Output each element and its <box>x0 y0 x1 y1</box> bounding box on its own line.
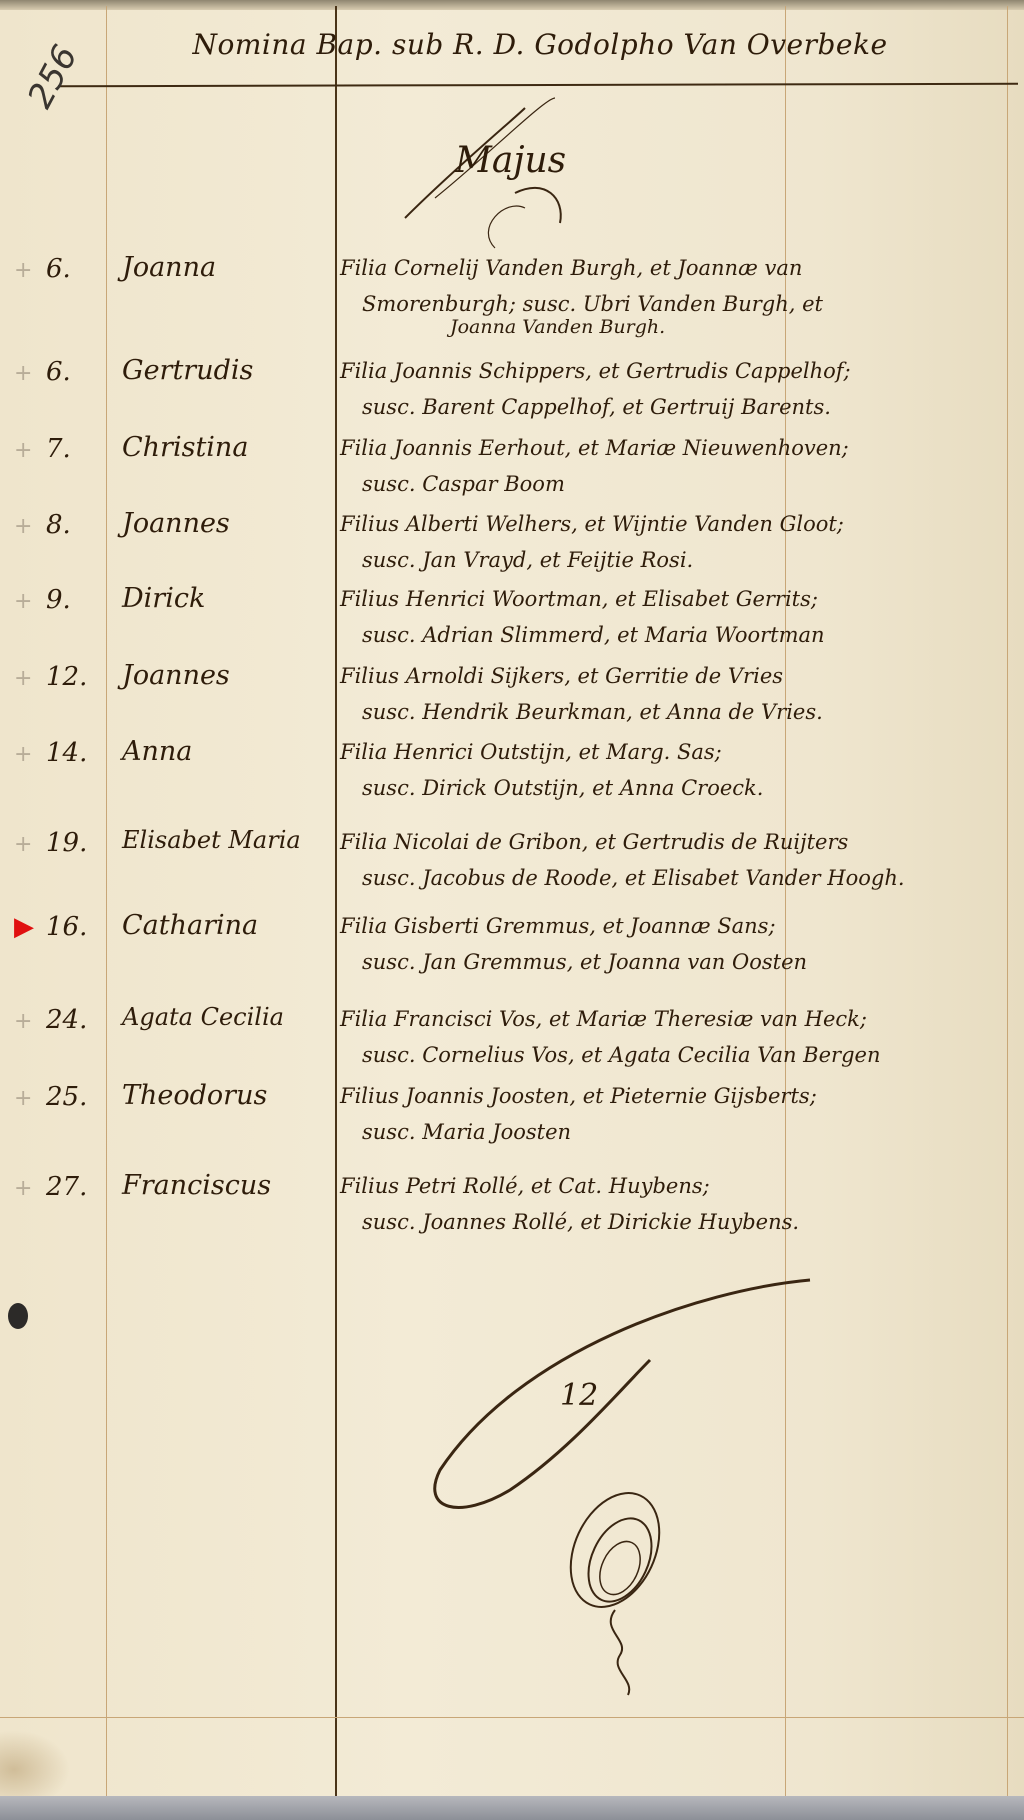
parents-line: Filia Nicolai de Gribon, et Gertrudis de… <box>340 830 848 854</box>
cross-icon: + <box>14 438 32 463</box>
cross-icon: + <box>14 832 32 857</box>
margin-rule-day <box>106 6 107 1796</box>
child-name: Joannes <box>122 508 332 539</box>
parents-line: Filius Arnoldi Sijkers, et Gerritie de V… <box>340 664 783 688</box>
sponsors-line-continued: Joanna Vanden Burgh. <box>450 316 665 338</box>
parents-line: Filius Petri Rollé, et Cat. Huybens; <box>340 1174 710 1198</box>
parents-line: Filia Francisci Vos, et Mariæ Theresiæ v… <box>340 1007 867 1031</box>
bookmark-arrow-icon: ▶ <box>14 912 34 942</box>
entry-day: 14. <box>46 738 87 768</box>
parents-line: Filia Gisberti Gremmus, et Joannæ Sans; <box>340 914 776 938</box>
entry-day: 8. <box>46 510 71 540</box>
cross-icon: + <box>14 742 32 767</box>
column-rule-name <box>335 6 337 1796</box>
child-name: Elisabet Maria <box>122 826 332 854</box>
child-name: Catharina <box>122 910 332 941</box>
cross-icon: + <box>14 1086 32 1111</box>
cross-icon: + <box>14 258 32 283</box>
sponsors-line: susc. Barent Cappelhof, et Gertruij Bare… <box>362 395 831 419</box>
entry-day: 6. <box>46 357 71 387</box>
sponsors-line: susc. Caspar Boom <box>362 472 565 496</box>
child-name: Dirick <box>122 583 332 614</box>
water-stain <box>0 1730 70 1796</box>
entry-day: 16. <box>46 912 87 942</box>
child-name: Joanna <box>122 252 332 283</box>
column-rule-right <box>1007 6 1008 1796</box>
bottom-rule <box>0 1717 1024 1718</box>
sponsors-line: susc. Adrian Slimmerd, et Maria Woortman <box>362 623 825 647</box>
parents-line: Filius Alberti Welhers, et Wijntie Vande… <box>340 512 844 536</box>
child-name: Gertrudis <box>122 355 332 386</box>
sponsors-line: susc. Jan Gremmus, et Joanna van Oosten <box>362 950 807 974</box>
entry-day: 9. <box>46 585 71 615</box>
cross-icon: + <box>14 589 32 614</box>
sponsors-line: Smorenburgh; susc. Ubri Vanden Burgh, et <box>362 292 823 316</box>
sponsors-line: susc. Dirick Outstijn, et Anna Croeck. <box>362 776 763 800</box>
entry-day: 19. <box>46 828 87 858</box>
sponsors-line: susc. Jan Vrayd, et Feijtie Rosi. <box>362 548 693 572</box>
sponsors-line: susc. Jacobus de Roode, et Elisabet Vand… <box>362 866 905 890</box>
parents-line: Filia Joannis Eerhout, et Mariæ Nieuwenh… <box>340 436 849 460</box>
page-header: Nomina Bap. sub R. D. Godolpho Van Overb… <box>100 28 980 61</box>
scanner-bed-edge <box>0 1796 1024 1820</box>
page-top-edge <box>0 0 1024 10</box>
entry-day: 24. <box>46 1005 87 1035</box>
parents-line: Filius Joannis Joosten, et Pieternie Gij… <box>340 1084 817 1108</box>
cross-icon: + <box>14 666 32 691</box>
entry-day: 25. <box>46 1082 87 1112</box>
entry-day: 7. <box>46 434 71 464</box>
parents-line: Filius Henrici Woortman, et Elisabet Ger… <box>340 587 818 611</box>
child-name: Agata Cecilia <box>122 1003 332 1031</box>
child-name: Joannes <box>122 660 332 691</box>
sponsors-line: susc. Hendrik Beurkman, et Anna de Vries… <box>362 700 823 724</box>
parents-line: Filia Joannis Schippers, et Gertrudis Ca… <box>340 359 851 383</box>
entry-day: 6. <box>46 254 71 284</box>
entry-day: 27. <box>46 1172 87 1202</box>
ink-blot <box>8 1303 28 1329</box>
sponsors-line: susc. Joannes Rollé, et Dirickie Huybens… <box>362 1210 799 1234</box>
sponsors-line: susc. Maria Joosten <box>362 1120 571 1144</box>
cross-icon: + <box>14 361 32 386</box>
parents-line: Filia Cornelij Vanden Burgh, et Joannæ v… <box>340 256 802 280</box>
child-name: Anna <box>122 736 332 767</box>
entry-count: 12 <box>560 1378 598 1413</box>
cross-icon: + <box>14 514 32 539</box>
month-heading: Majus <box>455 140 566 181</box>
parents-line: Filia Henrici Outstijn, et Marg. Sas; <box>340 740 722 764</box>
cross-icon: + <box>14 1009 32 1034</box>
sponsors-line: susc. Cornelius Vos, et Agata Cecilia Va… <box>362 1043 880 1067</box>
entry-day: 12. <box>46 662 87 692</box>
child-name: Theodorus <box>122 1080 332 1111</box>
child-name: Franciscus <box>122 1170 332 1201</box>
child-name: Christina <box>122 432 332 463</box>
signature-flourish-icon <box>540 1480 680 1720</box>
cross-icon: + <box>14 1176 32 1201</box>
